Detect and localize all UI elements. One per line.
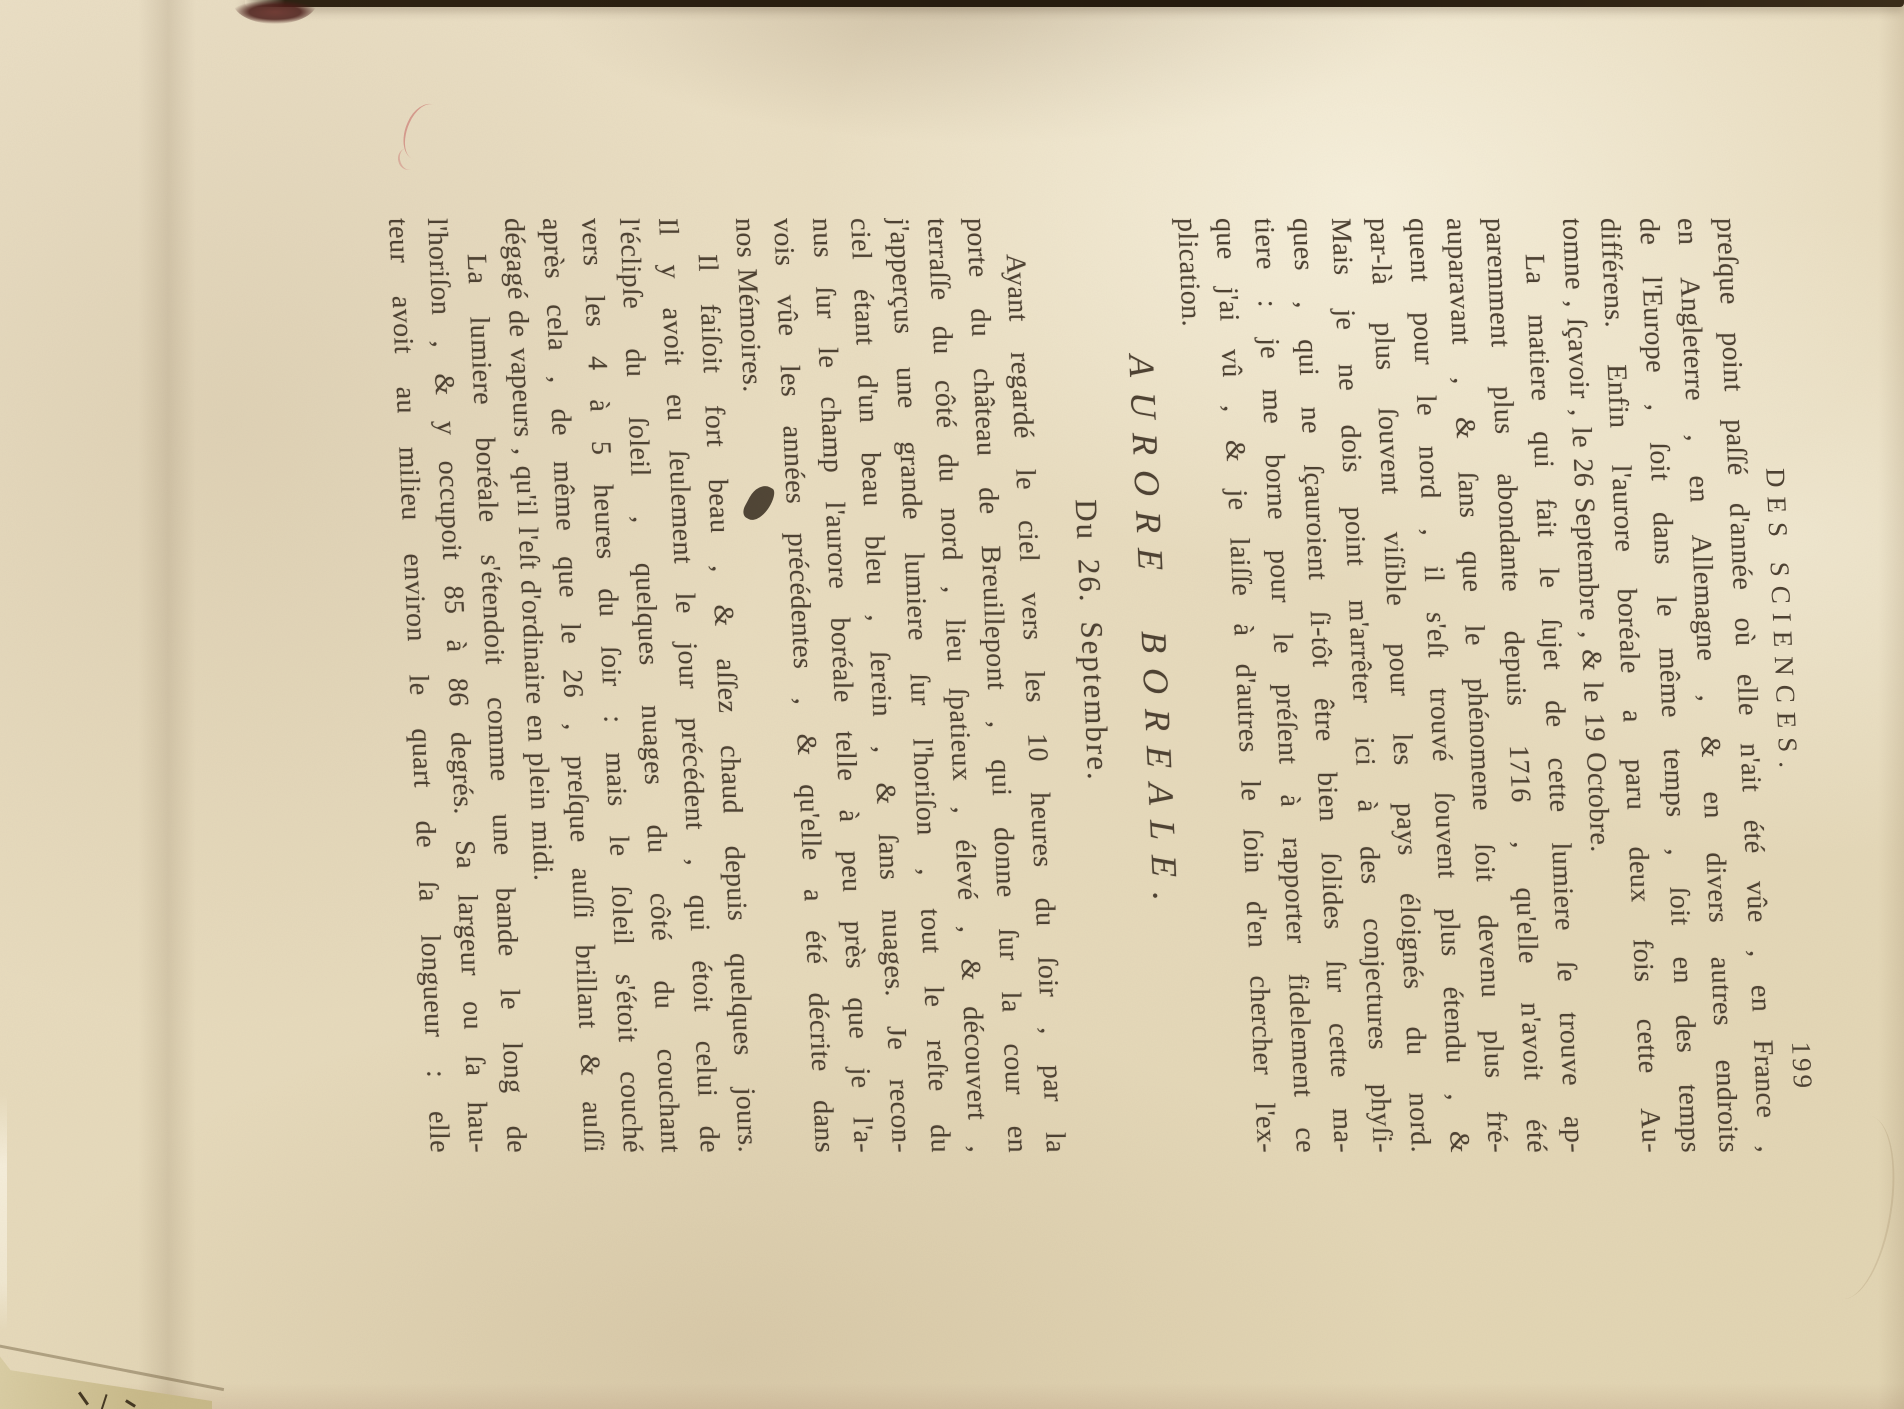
red-ink-mark [232,0,318,24]
page-paper: DES SCIENCES. 199 preſque point paſſé d'… [0,0,1904,1409]
page-content: DES SCIENCES. 199 preſque point paſſé d'… [378,218,1832,1153]
text-block: preſque point paſſé d'année où elle n'ai… [378,218,1786,1153]
spine-gutter-shadow [245,0,1904,7]
vertical-crease-shadow [138,0,196,1409]
page-number: 199 [1785,1042,1818,1092]
bottom-edge-shading [0,1383,1904,1409]
book-page-scan: DES SCIENCES. 199 preſque point paſſé d'… [0,0,1904,1409]
left-page-edge-highlight [0,1095,7,1330]
